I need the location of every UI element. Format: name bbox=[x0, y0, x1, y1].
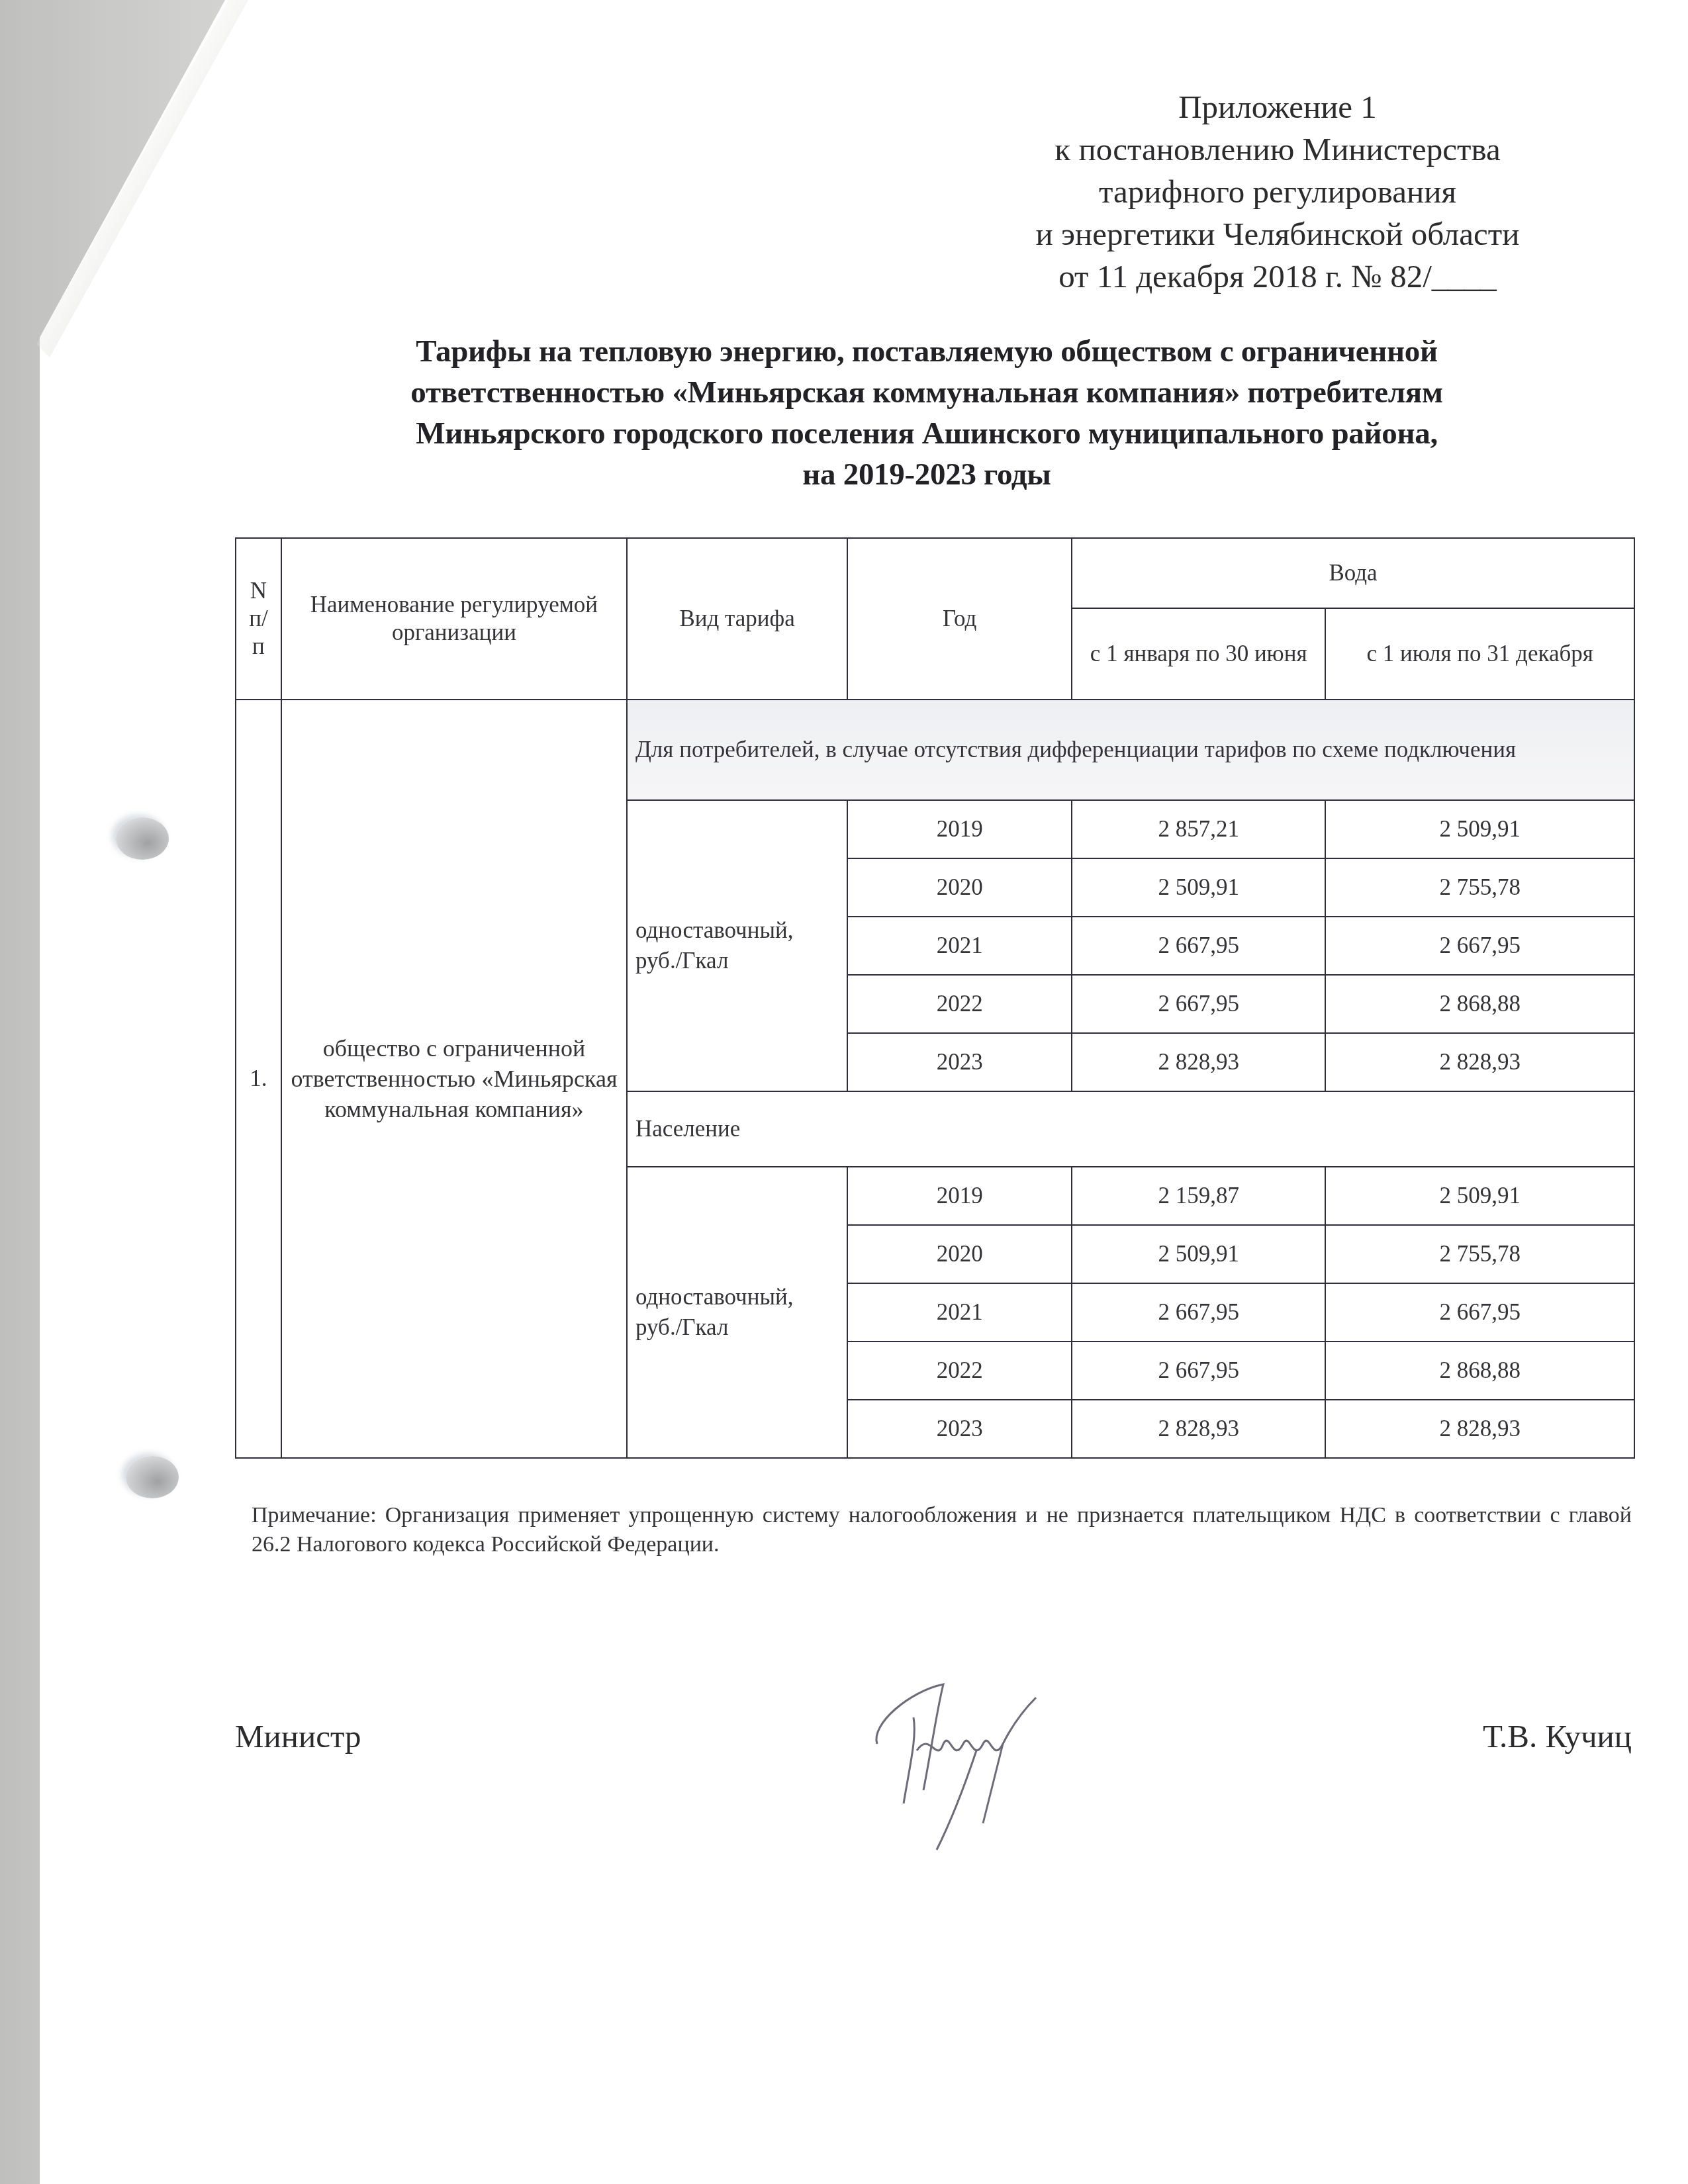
appendix-line: и энергетики Челябинской области bbox=[980, 213, 1575, 255]
tariff-second-half: 2 828,93 bbox=[1325, 1400, 1634, 1458]
header-tariff-type: Вид тарифа bbox=[627, 538, 847, 700]
header-organization: Наименование регулируемой организации bbox=[281, 538, 627, 700]
organization-name: общество с ограниченной ответственностью… bbox=[281, 700, 627, 1458]
appendix-line: Приложение 1 bbox=[980, 86, 1575, 128]
tariff-first-half: 2 857,21 bbox=[1072, 800, 1325, 858]
tariff-second-half: 2 868,88 bbox=[1325, 1342, 1634, 1400]
appendix-header: Приложение 1 к постановлению Министерств… bbox=[980, 86, 1575, 298]
tariffs-table: N п/п Наименование регулируемой организа… bbox=[235, 537, 1635, 1459]
header-row: N п/п Наименование регулируемой организа… bbox=[236, 538, 1634, 608]
header-water-group: Вода bbox=[1072, 538, 1634, 608]
signer-name: Т.В. Кучиц bbox=[1483, 1717, 1632, 1755]
tariff-first-half: 2 828,93 bbox=[1072, 1400, 1325, 1458]
punch-hole-bottom bbox=[126, 1456, 179, 1498]
tariff-second-half: 2 667,95 bbox=[1325, 1283, 1634, 1342]
tariff-first-half: 2 159,87 bbox=[1072, 1167, 1325, 1225]
tariff-second-half: 2 509,91 bbox=[1325, 800, 1634, 858]
appendix-line: к постановлению Министерства bbox=[980, 128, 1575, 171]
year-cell: 2021 bbox=[847, 1283, 1072, 1342]
year-cell: 2019 bbox=[847, 1167, 1072, 1225]
handwritten-signature bbox=[831, 1671, 1142, 1856]
year-cell: 2023 bbox=[847, 1400, 1072, 1458]
header-period-second-half: с 1 июля по 31 декабря bbox=[1325, 608, 1634, 700]
tariff-type: одноставочный, руб./Гкал bbox=[627, 1167, 847, 1458]
title-line: Тарифы на тепловую энергию, поставляемую… bbox=[278, 331, 1575, 372]
tariff-second-half: 2 868,88 bbox=[1325, 975, 1634, 1033]
punch-hole-top bbox=[116, 817, 169, 860]
year-cell: 2019 bbox=[847, 800, 1072, 858]
appendix-line: тарифного регулирования bbox=[980, 171, 1575, 213]
header-number: N п/п bbox=[236, 538, 281, 700]
appendix-line: от 11 декабря 2018 г. № 82/____ bbox=[980, 255, 1575, 298]
title-line: Миньярского городского поселения Ашинско… bbox=[278, 413, 1575, 454]
scan-shadow-edge bbox=[0, 0, 238, 2184]
document-title: Тарифы на тепловую энергию, поставляемую… bbox=[278, 331, 1575, 495]
year-cell: 2023 bbox=[847, 1033, 1072, 1091]
tariff-second-half: 2 667,95 bbox=[1325, 917, 1634, 975]
title-line: на 2019-2023 годы bbox=[278, 454, 1575, 495]
year-cell: 2022 bbox=[847, 1342, 1072, 1400]
tariff-first-half: 2 509,91 bbox=[1072, 858, 1325, 917]
tariff-second-half: 2 828,93 bbox=[1325, 1033, 1634, 1091]
section-title: Население bbox=[627, 1091, 1634, 1167]
tariff-first-half: 2 667,95 bbox=[1072, 1283, 1325, 1342]
tariff-first-half: 2 828,93 bbox=[1072, 1033, 1325, 1091]
tariff-second-half: 2 755,78 bbox=[1325, 858, 1634, 917]
year-cell: 2020 bbox=[847, 1225, 1072, 1283]
tariff-second-half: 2 509,91 bbox=[1325, 1167, 1634, 1225]
table-body: 1.общество с ограниченной ответственност… bbox=[236, 700, 1634, 1458]
year-cell: 2020 bbox=[847, 858, 1072, 917]
signer-position: Министр bbox=[235, 1717, 361, 1755]
signature-block: Министр Т.В. Кучиц bbox=[235, 1684, 1632, 1817]
row-index: 1. bbox=[236, 700, 281, 1458]
footnote: Примечание: Организация применяет упроще… bbox=[252, 1501, 1632, 1559]
header-period-first-half: с 1 января по 30 июня bbox=[1072, 608, 1325, 700]
header-year: Год bbox=[847, 538, 1072, 700]
tariff-second-half: 2 755,78 bbox=[1325, 1225, 1634, 1283]
year-cell: 2021 bbox=[847, 917, 1072, 975]
tariff-first-half: 2 667,95 bbox=[1072, 917, 1325, 975]
section-title: Для потребителей, в случае отсутствия ди… bbox=[627, 700, 1634, 800]
tariff-first-half: 2 509,91 bbox=[1072, 1225, 1325, 1283]
section-row: 1.общество с ограниченной ответственност… bbox=[236, 700, 1634, 800]
year-cell: 2022 bbox=[847, 975, 1072, 1033]
tariff-first-half: 2 667,95 bbox=[1072, 975, 1325, 1033]
tariff-type: одноставочный, руб./Гкал bbox=[627, 800, 847, 1091]
tariff-first-half: 2 667,95 bbox=[1072, 1342, 1325, 1400]
title-line: ответственностью «Миньярская коммунальна… bbox=[278, 372, 1575, 413]
